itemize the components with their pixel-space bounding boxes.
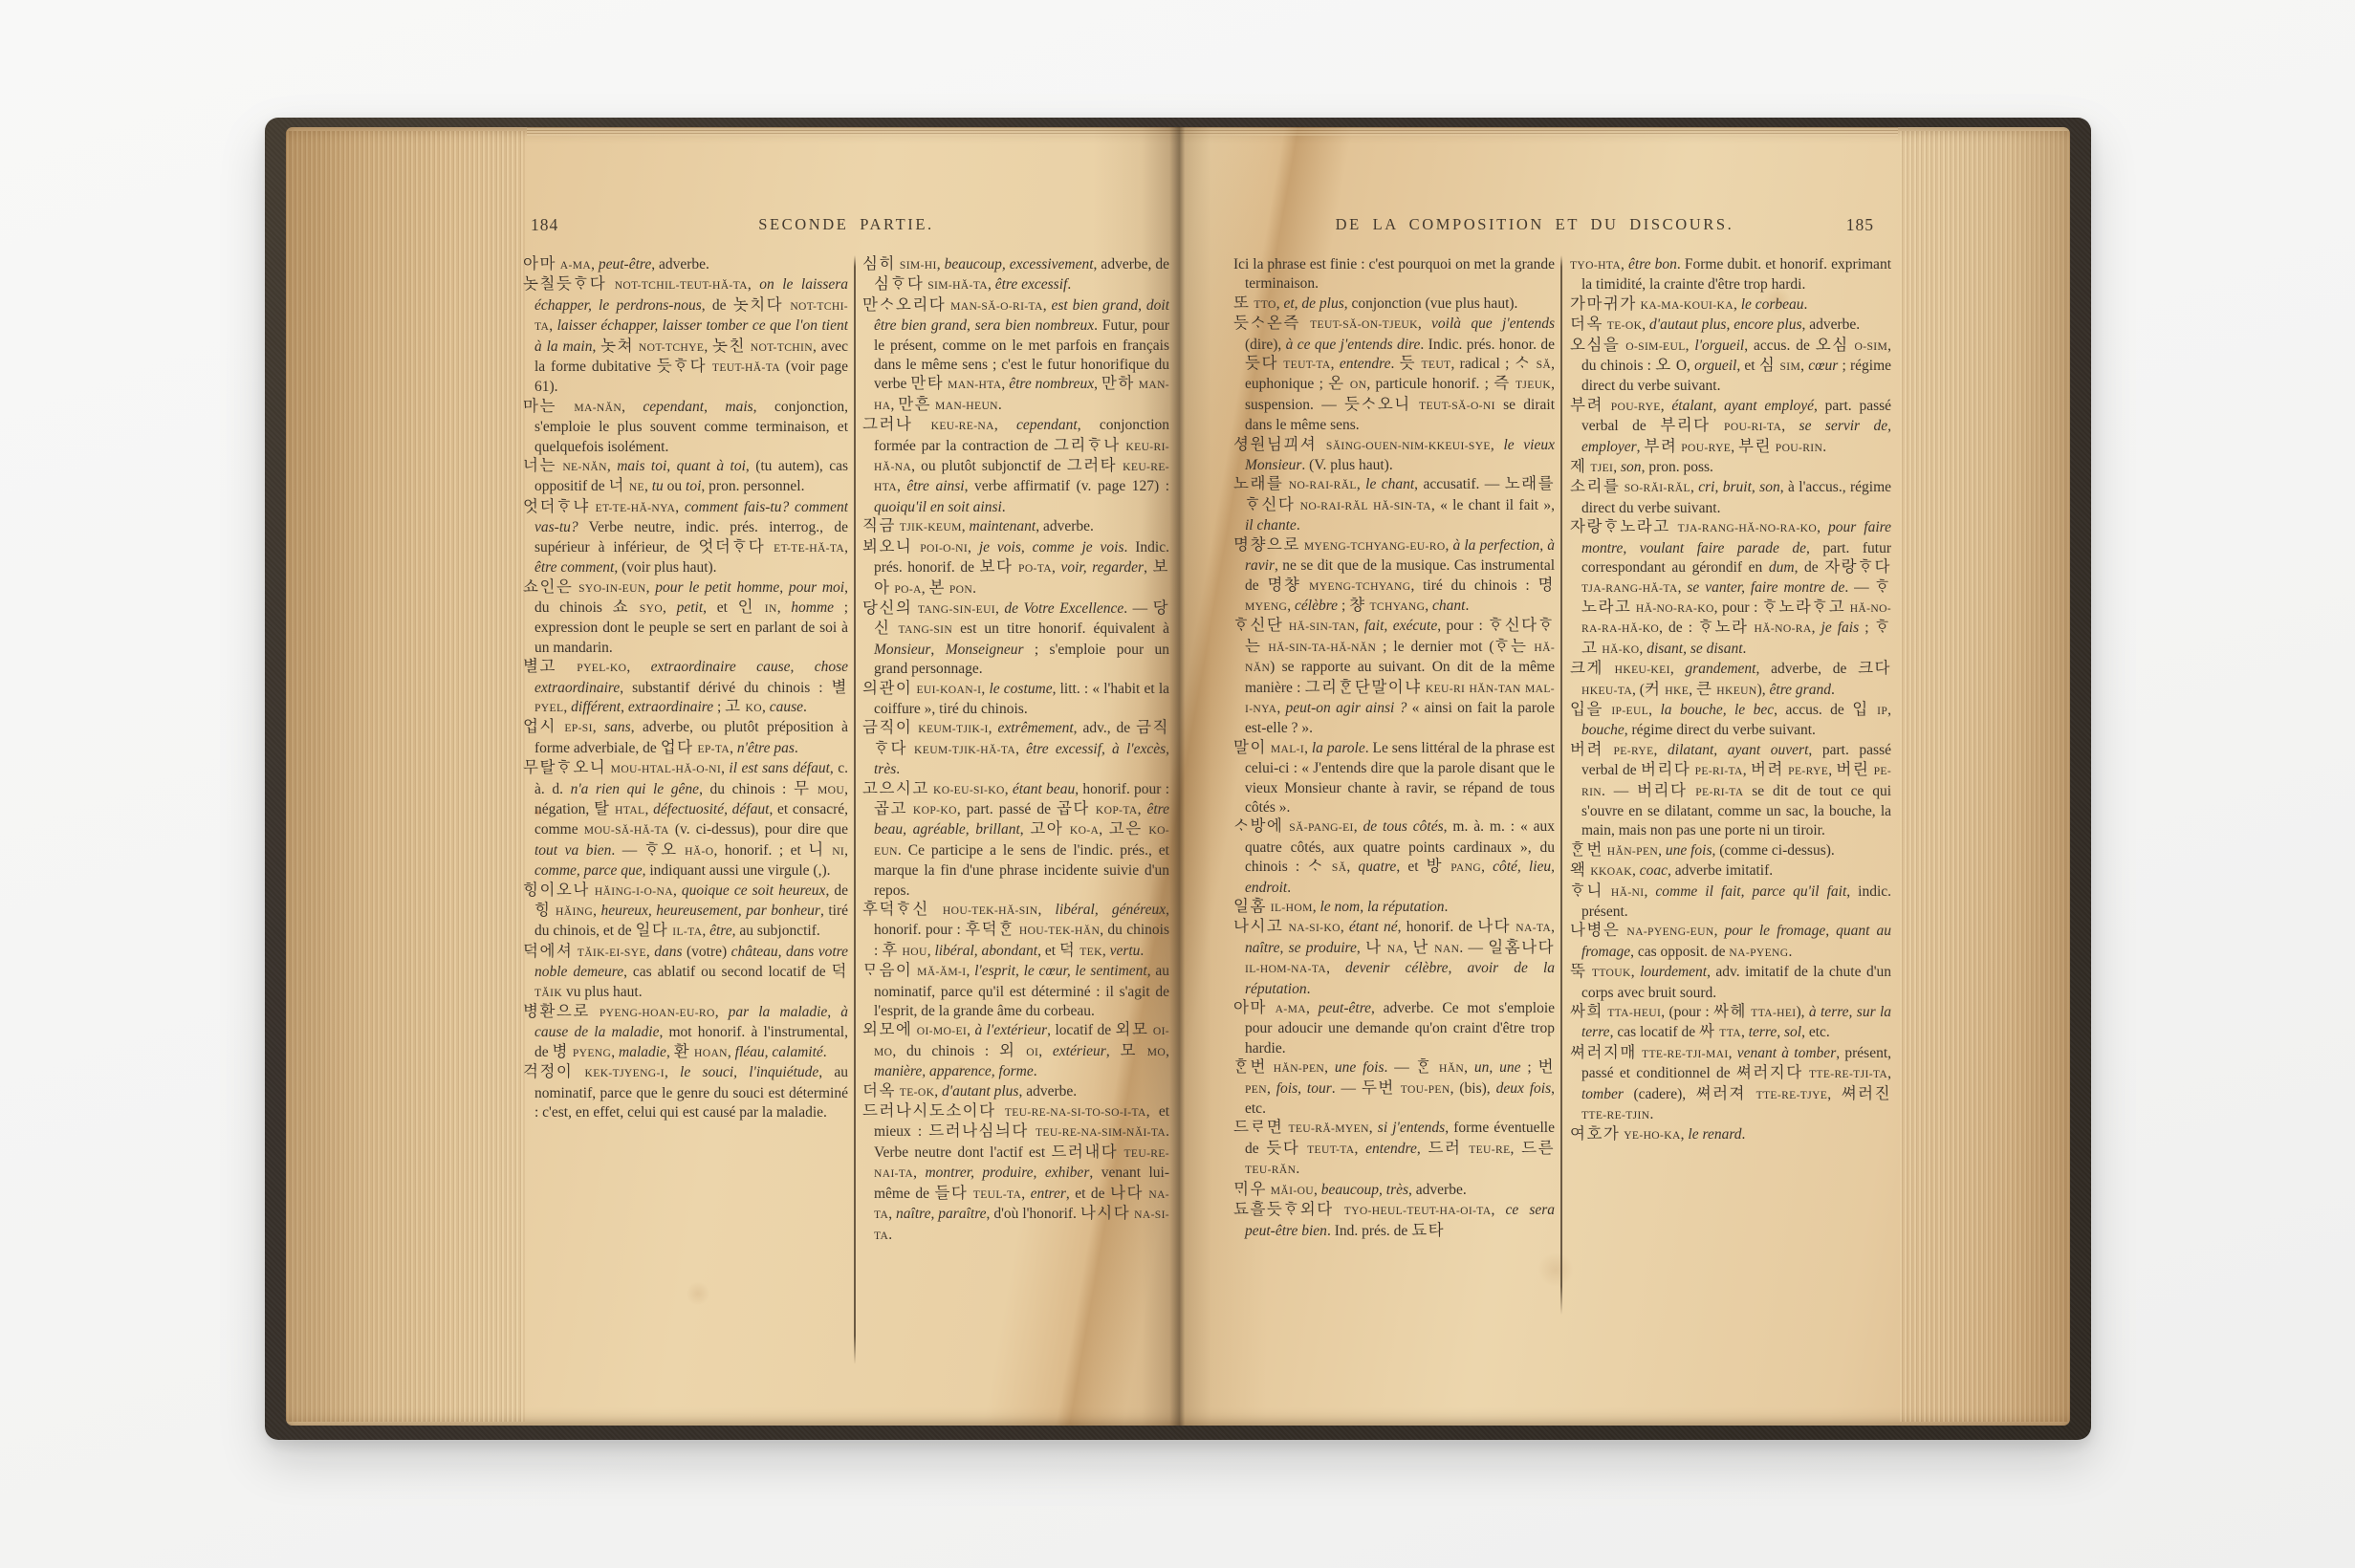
dictionary-entry: 드ᄅᆞ면 TEU-RĂ-MYEN, si j'entends, forme év…	[1233, 1119, 1555, 1180]
dictionary-entry: 쇼인은 SYO-IN-EUN, pour le petit homme, pou…	[523, 578, 848, 659]
dictionary-entry: ᄆᆞ음이 MĂ-ĂM-I, l'esprit, le cœur, le sent…	[862, 962, 1169, 1021]
dictionary-entry: ᄒᆞ니 HĂ-NI, comme il fait, parce qu'il fa…	[1570, 882, 1891, 923]
dictionary-entry: 왝 KKOAK, coac, adverbe imitatif.	[1570, 861, 1891, 882]
dictionary-column: 아마 A-MA, peut-être, adverbe.놋칠듯ᄒᆞ다 NOT-T…	[523, 255, 848, 1122]
book-cover: 184 SECONDE PARTIE. 아마 A-MA, peut-être, …	[265, 118, 2091, 1440]
dictionary-entry: 제 TJEI, son, pron. poss.	[1570, 458, 1891, 478]
dictionary-entry: 일홈 IL-HOM, le nom, la réputation.	[1233, 898, 1555, 918]
left-page: 184 SECONDE PARTIE. 아마 A-MA, peut-être, …	[523, 215, 1169, 1380]
dictionary-entry: TYO-HTA, être bon. Forme dubit. et honor…	[1570, 255, 1891, 295]
dictionary-entry: 후덕ᄒᆞ신 HOU-TEK-HĂ-SIN, libéral, généreux,…	[862, 901, 1169, 962]
dictionary-entry: 업시 EP-SI, sans, adverbe, ou plutôt prépo…	[523, 718, 848, 759]
dictionary-entry: 버려 PE-RYE, dilatant, ayant ouvert, part.…	[1570, 741, 1891, 841]
dictionary-entry: 당신의 TANG-SIN-EUI, de Votre Excellence. —…	[862, 599, 1169, 680]
photo-backdrop: 184 SECONDE PARTIE. 아마 A-MA, peut-être, …	[0, 0, 2355, 1568]
right-page: DE LA COMPOSITION ET DU DISCOURS. 185 Ic…	[1233, 215, 1903, 1380]
dictionary-entry: 심히 SIM-HI, beaucoup, excessivement, adve…	[862, 255, 1169, 296]
page-stack-left-edge	[286, 131, 525, 1422]
dictionary-entry: 덕에셔 TĂIK-EI-SYE, dans (votre) château, d…	[523, 943, 848, 1003]
dictionary-entry: 크게 HKEU-KEI, grandement, adverbe, de 크다 …	[1570, 660, 1891, 701]
left-page-columns: 아마 A-MA, peut-être, adverbe.놋칠듯ᄒᆞ다 NOT-T…	[523, 255, 1169, 1380]
dictionary-column: Ici la phrase est finie : c'est pourquoi…	[1233, 255, 1555, 1241]
dictionary-entry: 아마 A-MA, peut-être, adverbe.	[523, 255, 848, 275]
dictionary-entry: 직금 TJIK-KEUM, maintenant, adverbe.	[862, 517, 1169, 537]
dictionary-entry: 오심을 O-SIM-EUL, l'orgueil, accus. de 오심 O…	[1570, 337, 1891, 397]
dictionary-entry: 뵈오니 POI-O-NI, je vois, comme je vois. In…	[862, 538, 1169, 599]
dictionary-entry: 여호가 YE-HO-KA, le renard.	[1570, 1125, 1891, 1145]
dictionary-entry: 걱정이 KEK-TJYENG-I, le souci, l'inquiétude…	[523, 1063, 848, 1122]
dictionary-entry: 무탈ᄒᆞ오니 MOU-HTAL-HĂ-O-NI, il est sans déf…	[523, 759, 848, 881]
dictionary-entry: 또 TTO, et, de plus, conjonction (vue plu…	[1233, 294, 1555, 315]
dictionary-entry: 싸희 TTA-HEUI, (pour : 싸헤 TTA-HEI), à terr…	[1570, 1003, 1891, 1044]
dictionary-entry: 노래를 NO-RAI-RĂL, le chant, accusatif. — 노…	[1233, 475, 1555, 535]
column-divider	[854, 255, 856, 1364]
dictionary-entry: 됴흘듯ᄒᆞ외다 TYO-HEUL-TEUT-HA-OI-TA, ce sera …	[1233, 1201, 1555, 1241]
page-stack-right-edge	[1900, 131, 2070, 1422]
right-page-header: DE LA COMPOSITION ET DU DISCOURS. 185	[1233, 215, 1903, 244]
dictionary-entry: 나시고 NA-SI-KO, étant né, honorif. de 나다 N…	[1233, 918, 1555, 999]
page-number: 184	[531, 215, 558, 235]
dictionary-entry: 너는 NE-NĂN, mais toi, quant à toi, (tu au…	[523, 457, 848, 498]
dictionary-entry: 소리를 SO-RĂI-RĂL, cri, bruit, son, à l'acc…	[1570, 478, 1891, 518]
dictionary-column: 심히 SIM-HI, beaucoup, excessivement, adve…	[862, 255, 1169, 1246]
dictionary-entry: 자랑ᄒᆞ노라고 TJA-RANG-HĂ-NO-RA-KO, pour faire…	[1570, 518, 1891, 660]
dictionary-entry: ᄒᆞ신단 HĂ-SIN-TAN, fait, exécute, pour : ᄒ…	[1233, 617, 1555, 738]
dictionary-entry: 듯ᄉᆞ온즉 TEUT-SĂ-ON-TJEUK, voilà que j'ente…	[1233, 315, 1555, 435]
dictionary-entry: 명챵으로 MYENG-TCHYANG-EU-RO, à la perfectio…	[1233, 536, 1555, 618]
dictionary-entry: 병환으로 PYENG-HOAN-EU-RO, par la maladie, à…	[523, 1003, 848, 1063]
dictionary-entry: 엇더ᄒᆞ냐 ET-TE-HĂ-NYA, comment fais-tu? com…	[523, 498, 848, 578]
dictionary-entry: ᄒᆞᆫ번 HĂN-PEN, une fois, (comme ci-dessus…	[1570, 841, 1891, 861]
dictionary-entry: 그러나 KEU-RE-NA, cependant, conjonction fo…	[862, 416, 1169, 517]
running-title: SECONDE PARTIE.	[523, 215, 1169, 234]
column-divider	[1560, 255, 1562, 1315]
dictionary-entry: 만ᄉᆞ오리다 MAN-SĂ-O-RI-TA, est bien grand, d…	[862, 296, 1169, 416]
dictionary-entry: 별고 PYEL-KO, extraordinaire cause, chose …	[523, 658, 848, 718]
dictionary-entry: 고으시고 KO-EU-SI-KO, étant beau, honorif. p…	[862, 780, 1169, 901]
dictionary-entry: 말이 MAL-I, la parole. Le sens littéral de…	[1233, 739, 1555, 818]
left-page-header: 184 SECONDE PARTIE.	[523, 215, 1169, 244]
dictionary-entry: 더옥 TE-OK, d'autaut plus, encore plus, ad…	[1570, 316, 1891, 336]
dictionary-entry: 놋칠듯ᄒᆞ다 NOT-TCHIL-TEUT-HĂ-TA, on le laiss…	[523, 275, 848, 397]
dictionary-entry: 힝이오나 HĂING-I-O-NA, quoique ce soit heure…	[523, 882, 848, 943]
right-page-columns: Ici la phrase est finie : c'est pourquoi…	[1233, 255, 1903, 1380]
dictionary-entry: 나병은 NA-PYENG-EUN, pour le fromage, quant…	[1570, 922, 1891, 963]
dictionary-entry: ᄒᆞᆫ번 HĂN-PEN, une fois. — ᄒᆞᆫ HĂN, un, u…	[1233, 1058, 1555, 1119]
dictionary-entry: ᄉᆞ방에 SĂ-PANG-EI, de tous côtés, m. à. m.…	[1233, 817, 1555, 898]
dictionary-entry: ᄆᆡ우 MĂI-OU, beaucoup, très, adverbe.	[1233, 1181, 1555, 1201]
dictionary-entry: 셩원님끠셔 SĂING-OUEN-NIM-KKEUI-SYE, le vieux…	[1233, 436, 1555, 476]
dictionary-entry: Ici la phrase est finie : c'est pourquoi…	[1233, 255, 1555, 294]
dictionary-entry: 부려 POU-RYE, étalant, ayant employé, part…	[1570, 397, 1891, 458]
dictionary-entry: 가마귀가 KA-MA-KOUI-KA, le corbeau.	[1570, 295, 1891, 316]
page-number: 185	[1846, 215, 1874, 235]
dictionary-entry: 의관이 EUI-KOAN-I, le costume, litt. : « l'…	[862, 680, 1169, 720]
dictionary-entry: 쎠러지매 TTE-RE-TJI-MAI, venant à tomber, pr…	[1570, 1044, 1891, 1126]
page-block: 184 SECONDE PARTIE. 아마 A-MA, peut-être, …	[286, 127, 2070, 1426]
dictionary-column: TYO-HTA, être bon. Forme dubit. et honor…	[1570, 255, 1891, 1146]
dictionary-entry: 마는 MA-NĂN, cependant, mais, conjonction,…	[523, 398, 848, 457]
dictionary-entry: 아마 A-MA, peut-être, adverbe. Ce mot s'em…	[1233, 999, 1555, 1058]
dictionary-entry: 더옥 TE-OK, d'autant plus, adverbe.	[862, 1082, 1169, 1102]
dictionary-entry: 외모에 OI-MO-EI, à l'extérieur, locatif de …	[862, 1021, 1169, 1081]
dictionary-entry: 금직이 KEUM-TJIK-I, extrêmement, adv., de 금…	[862, 719, 1169, 779]
running-title: DE LA COMPOSITION ET DU DISCOURS.	[1233, 215, 1903, 234]
dictionary-entry: 드러나시도소이다 TEU-RE-NA-SI-TO-SO-I-TA, et mie…	[862, 1102, 1169, 1246]
dictionary-entry: 뚝 TTOUK, lourdement, adv. imitatif de la…	[1570, 963, 1891, 1003]
dictionary-entry: 입을 IP-EUL, la bouche, le bec, accus. de …	[1570, 701, 1891, 741]
